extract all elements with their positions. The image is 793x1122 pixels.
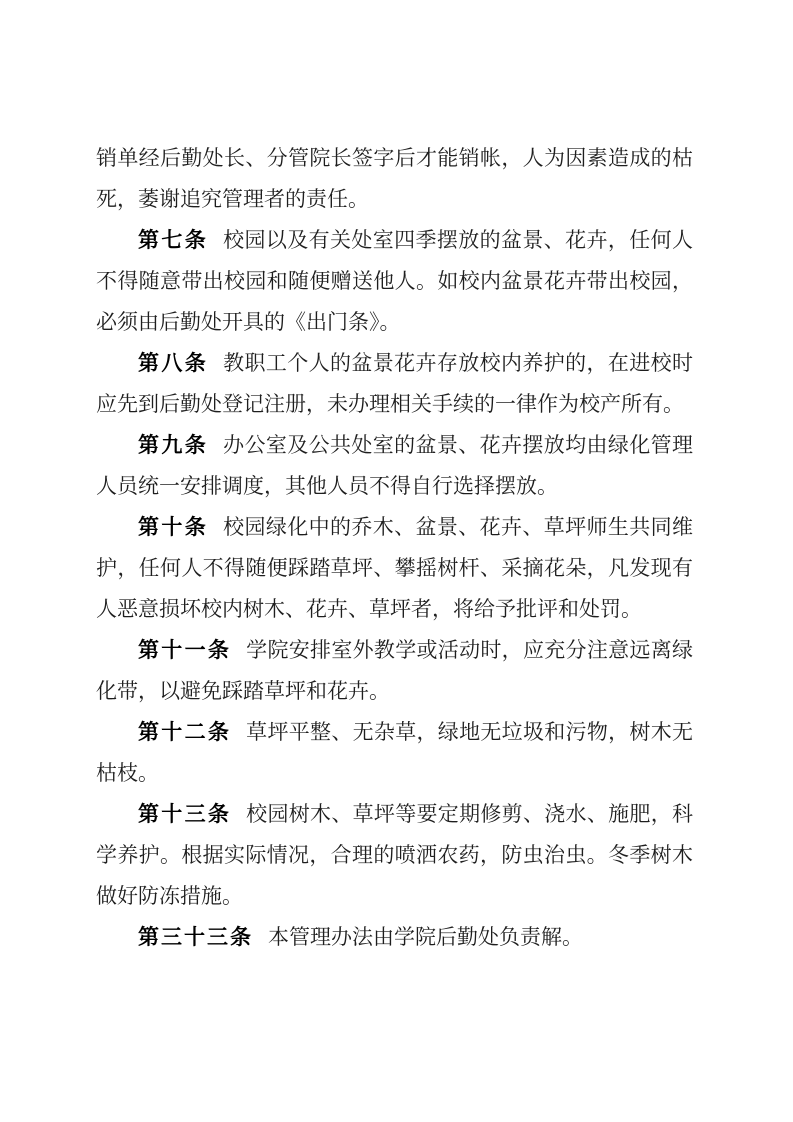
article-number: 第七条 — [138, 228, 208, 252]
article-number: 第八条 — [138, 351, 208, 375]
document-body: 销单经后勤处长、分管院长签字后才能销帐，人为因素造成的枯死，萎谢追究管理者的责任… — [96, 138, 693, 958]
article-paragraph-13: 第十三条校园树木、草坪等要定期修剪、浇水、施肥，科学养护。根据实际情况，合理的喷… — [96, 794, 693, 917]
article-paragraph-9: 第九条办公室及公共处室的盆景、花卉摆放均由绿化管理人员统一安排调度，其他人员不得… — [96, 425, 693, 507]
paragraph-text: 本管理办法由学院后勤处负责解。 — [268, 925, 583, 949]
article-paragraph-8: 第八条教职工个人的盆景花卉存放校内养护的，在进校时应先到后勤处登记注册，未办理相… — [96, 343, 693, 425]
document-page: 销单经后勤处长、分管院长签字后才能销帐，人为因素造成的枯死，萎谢追究管理者的责任… — [0, 0, 793, 1122]
article-number: 第十二条 — [138, 720, 231, 744]
article-number: 第十一条 — [138, 638, 231, 662]
article-paragraph-11: 第十一条学院安排室外教学或活动时，应充分注意远离绿化带，以避免踩踏草坪和花卉。 — [96, 630, 693, 712]
article-number: 第十条 — [138, 515, 208, 539]
paragraph-text: 销单经后勤处长、分管院长签字后才能销帐，人为因素造成的枯死，萎谢追究管理者的责任… — [96, 146, 693, 211]
article-number: 第三十三条 — [138, 925, 253, 949]
article-number: 第九条 — [138, 433, 208, 457]
article-number: 第十三条 — [138, 802, 231, 826]
article-paragraph-7: 第七条校园以及有关处室四季摆放的盆景、花卉，任何人不得随意带出校园和随便赠送他人… — [96, 220, 693, 343]
continuation-paragraph: 销单经后勤处长、分管院长签字后才能销帐，人为因素造成的枯死，萎谢追究管理者的责任… — [96, 138, 693, 220]
article-paragraph-10: 第十条校园绿化中的乔木、盆景、花卉、草坪师生共同维护，任何人不得随便踩踏草坪、攀… — [96, 507, 693, 630]
article-paragraph-12: 第十二条草坪平整、无杂草，绿地无垃圾和污物，树木无枯枝。 — [96, 712, 693, 794]
article-paragraph-33: 第三十三条本管理办法由学院后勤处负责解。 — [96, 917, 693, 958]
